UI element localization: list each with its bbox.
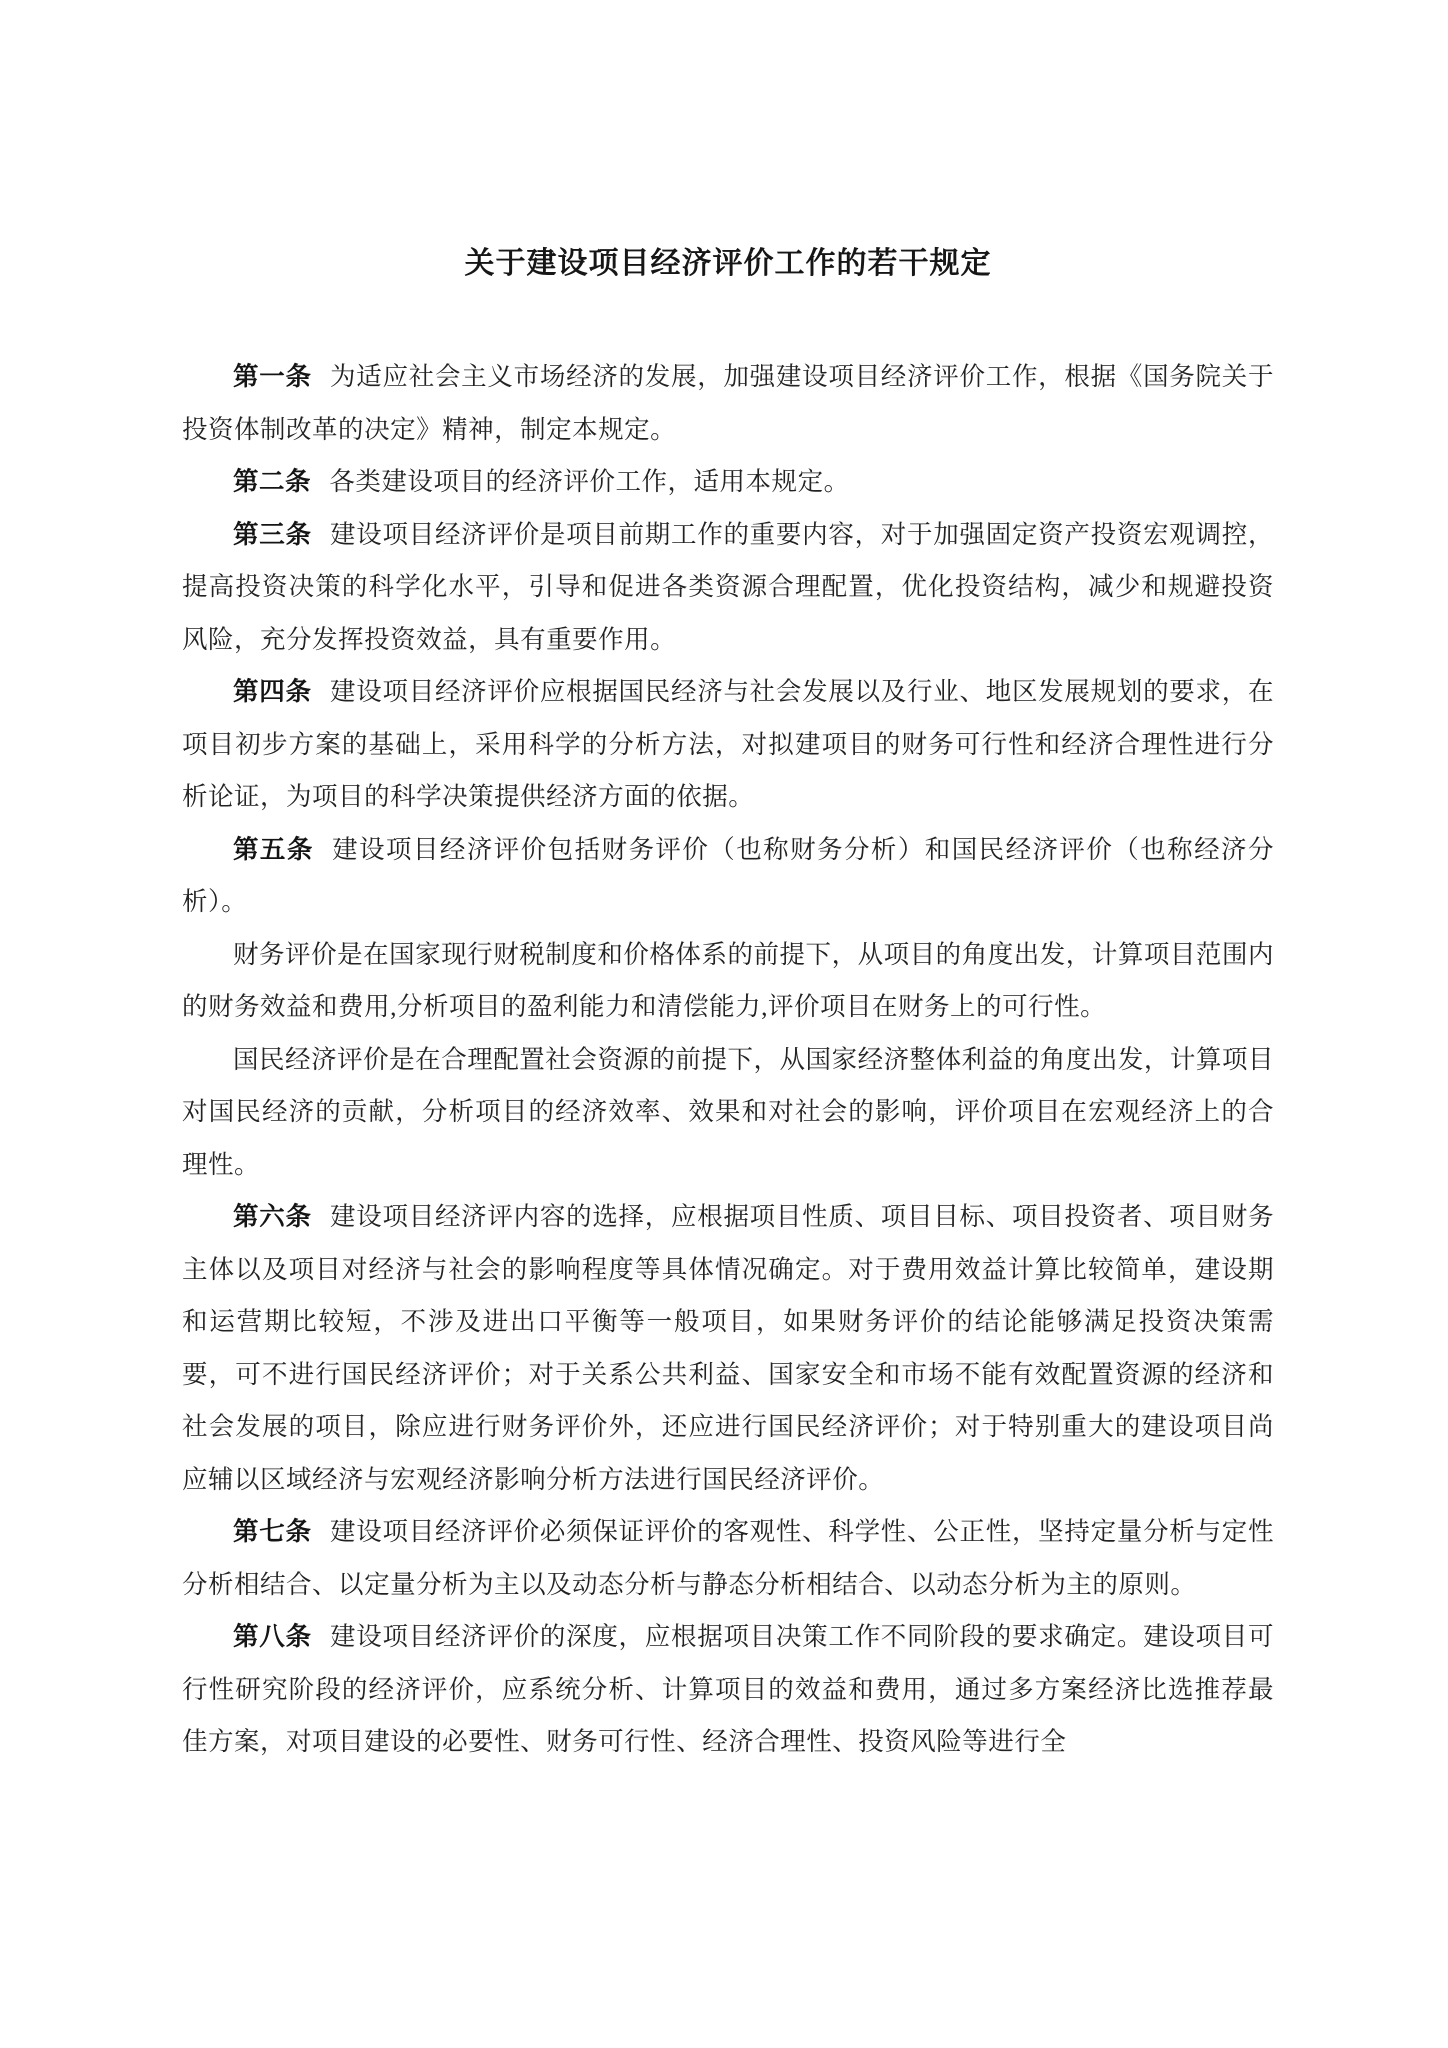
article-label: 第二条 bbox=[233, 468, 311, 496]
document-content: 关于建设项目经济评价工作的若干规定 第一条为适应社会主义市场经济的发展，加强建设… bbox=[0, 0, 1448, 1769]
article-paragraph: 第七条建设项目经济评价必须保证评价的客观性、科学性、公正性，坚持定量分析与定性分… bbox=[182, 1506, 1274, 1611]
body-paragraph: 国民经济评价是在合理配置社会资源的前提下，从国家经济整体利益的角度出发，计算项目… bbox=[182, 1034, 1274, 1192]
article-label: 第七条 bbox=[233, 1518, 312, 1546]
article-paragraph: 第一条为适应社会主义市场经济的发展，加强建设项目经济评价工作，根据《国务院关于投… bbox=[182, 351, 1274, 456]
article-paragraph: 第二条各类建设项目的经济评价工作，适用本规定。 bbox=[182, 456, 1274, 509]
paragraph-text: 为适应社会主义市场经济的发展，加强建设项目经济评价工作，根据《国务院关于投资体制… bbox=[182, 362, 1274, 444]
paragraph-text: 建设项目经济评价包括财务评价（也称财务分析）和国民经济评价（也称经济分析）。 bbox=[182, 835, 1274, 917]
article-label: 第四条 bbox=[233, 678, 312, 706]
article-paragraph: 第三条建设项目经济评价是项目前期工作的重要内容，对于加强固定资产投资宏观调控，提… bbox=[182, 509, 1274, 667]
article-label: 第一条 bbox=[233, 363, 312, 391]
paragraph-text: 各类建设项目的经济评价工作，适用本规定。 bbox=[329, 467, 849, 496]
document-title: 关于建设项目经济评价工作的若干规定 bbox=[182, 243, 1274, 285]
article-paragraph: 第六条建设项目经济评内容的选择，应根据项目性质、项目目标、项目投资者、项目财务主… bbox=[182, 1191, 1274, 1506]
article-paragraph: 第四条建设项目经济评价应根据国民经济与社会发展以及行业、地区发展规划的要求，在项… bbox=[182, 666, 1274, 824]
article-label: 第六条 bbox=[233, 1203, 312, 1231]
document-body: 第一条为适应社会主义市场经济的发展，加强建设项目经济评价工作，根据《国务院关于投… bbox=[182, 351, 1274, 1769]
article-label: 第八条 bbox=[233, 1623, 312, 1651]
paragraph-text: 建设项目经济评价应根据国民经济与社会发展以及行业、地区发展规划的要求，在项目初步… bbox=[182, 677, 1274, 811]
paragraph-text: 财务评价是在国家现行财税制度和价格体系的前提下，从项目的角度出发，计算项目范围内… bbox=[182, 940, 1274, 1022]
document-page: 关于建设项目经济评价工作的若干规定 第一条为适应社会主义市场经济的发展，加强建设… bbox=[0, 0, 1448, 2048]
paragraph-text: 建设项目经济评价是项目前期工作的重要内容，对于加强固定资产投资宏观调控，提高投资… bbox=[182, 520, 1274, 654]
paragraph-text: 建设项目经济评价必须保证评价的客观性、科学性、公正性，坚持定量分析与定性分析相结… bbox=[182, 1517, 1274, 1599]
article-paragraph: 第五条建设项目经济评价包括财务评价（也称财务分析）和国民经济评价（也称经济分析）… bbox=[182, 824, 1274, 929]
paragraph-text: 建设项目经济评内容的选择，应根据项目性质、项目目标、项目投资者、项目财务主体以及… bbox=[182, 1202, 1274, 1494]
paragraph-text: 建设项目经济评价的深度，应根据项目决策工作不同阶段的要求确定。建设项目可行性研究… bbox=[182, 1622, 1274, 1756]
article-label: 第五条 bbox=[233, 836, 314, 864]
article-label: 第三条 bbox=[233, 521, 312, 549]
paragraph-text: 国民经济评价是在合理配置社会资源的前提下，从国家经济整体利益的角度出发，计算项目… bbox=[182, 1045, 1274, 1179]
body-paragraph: 财务评价是在国家现行财税制度和价格体系的前提下，从项目的角度出发，计算项目范围内… bbox=[182, 929, 1274, 1034]
article-paragraph: 第八条建设项目经济评价的深度，应根据项目决策工作不同阶段的要求确定。建设项目可行… bbox=[182, 1611, 1274, 1769]
